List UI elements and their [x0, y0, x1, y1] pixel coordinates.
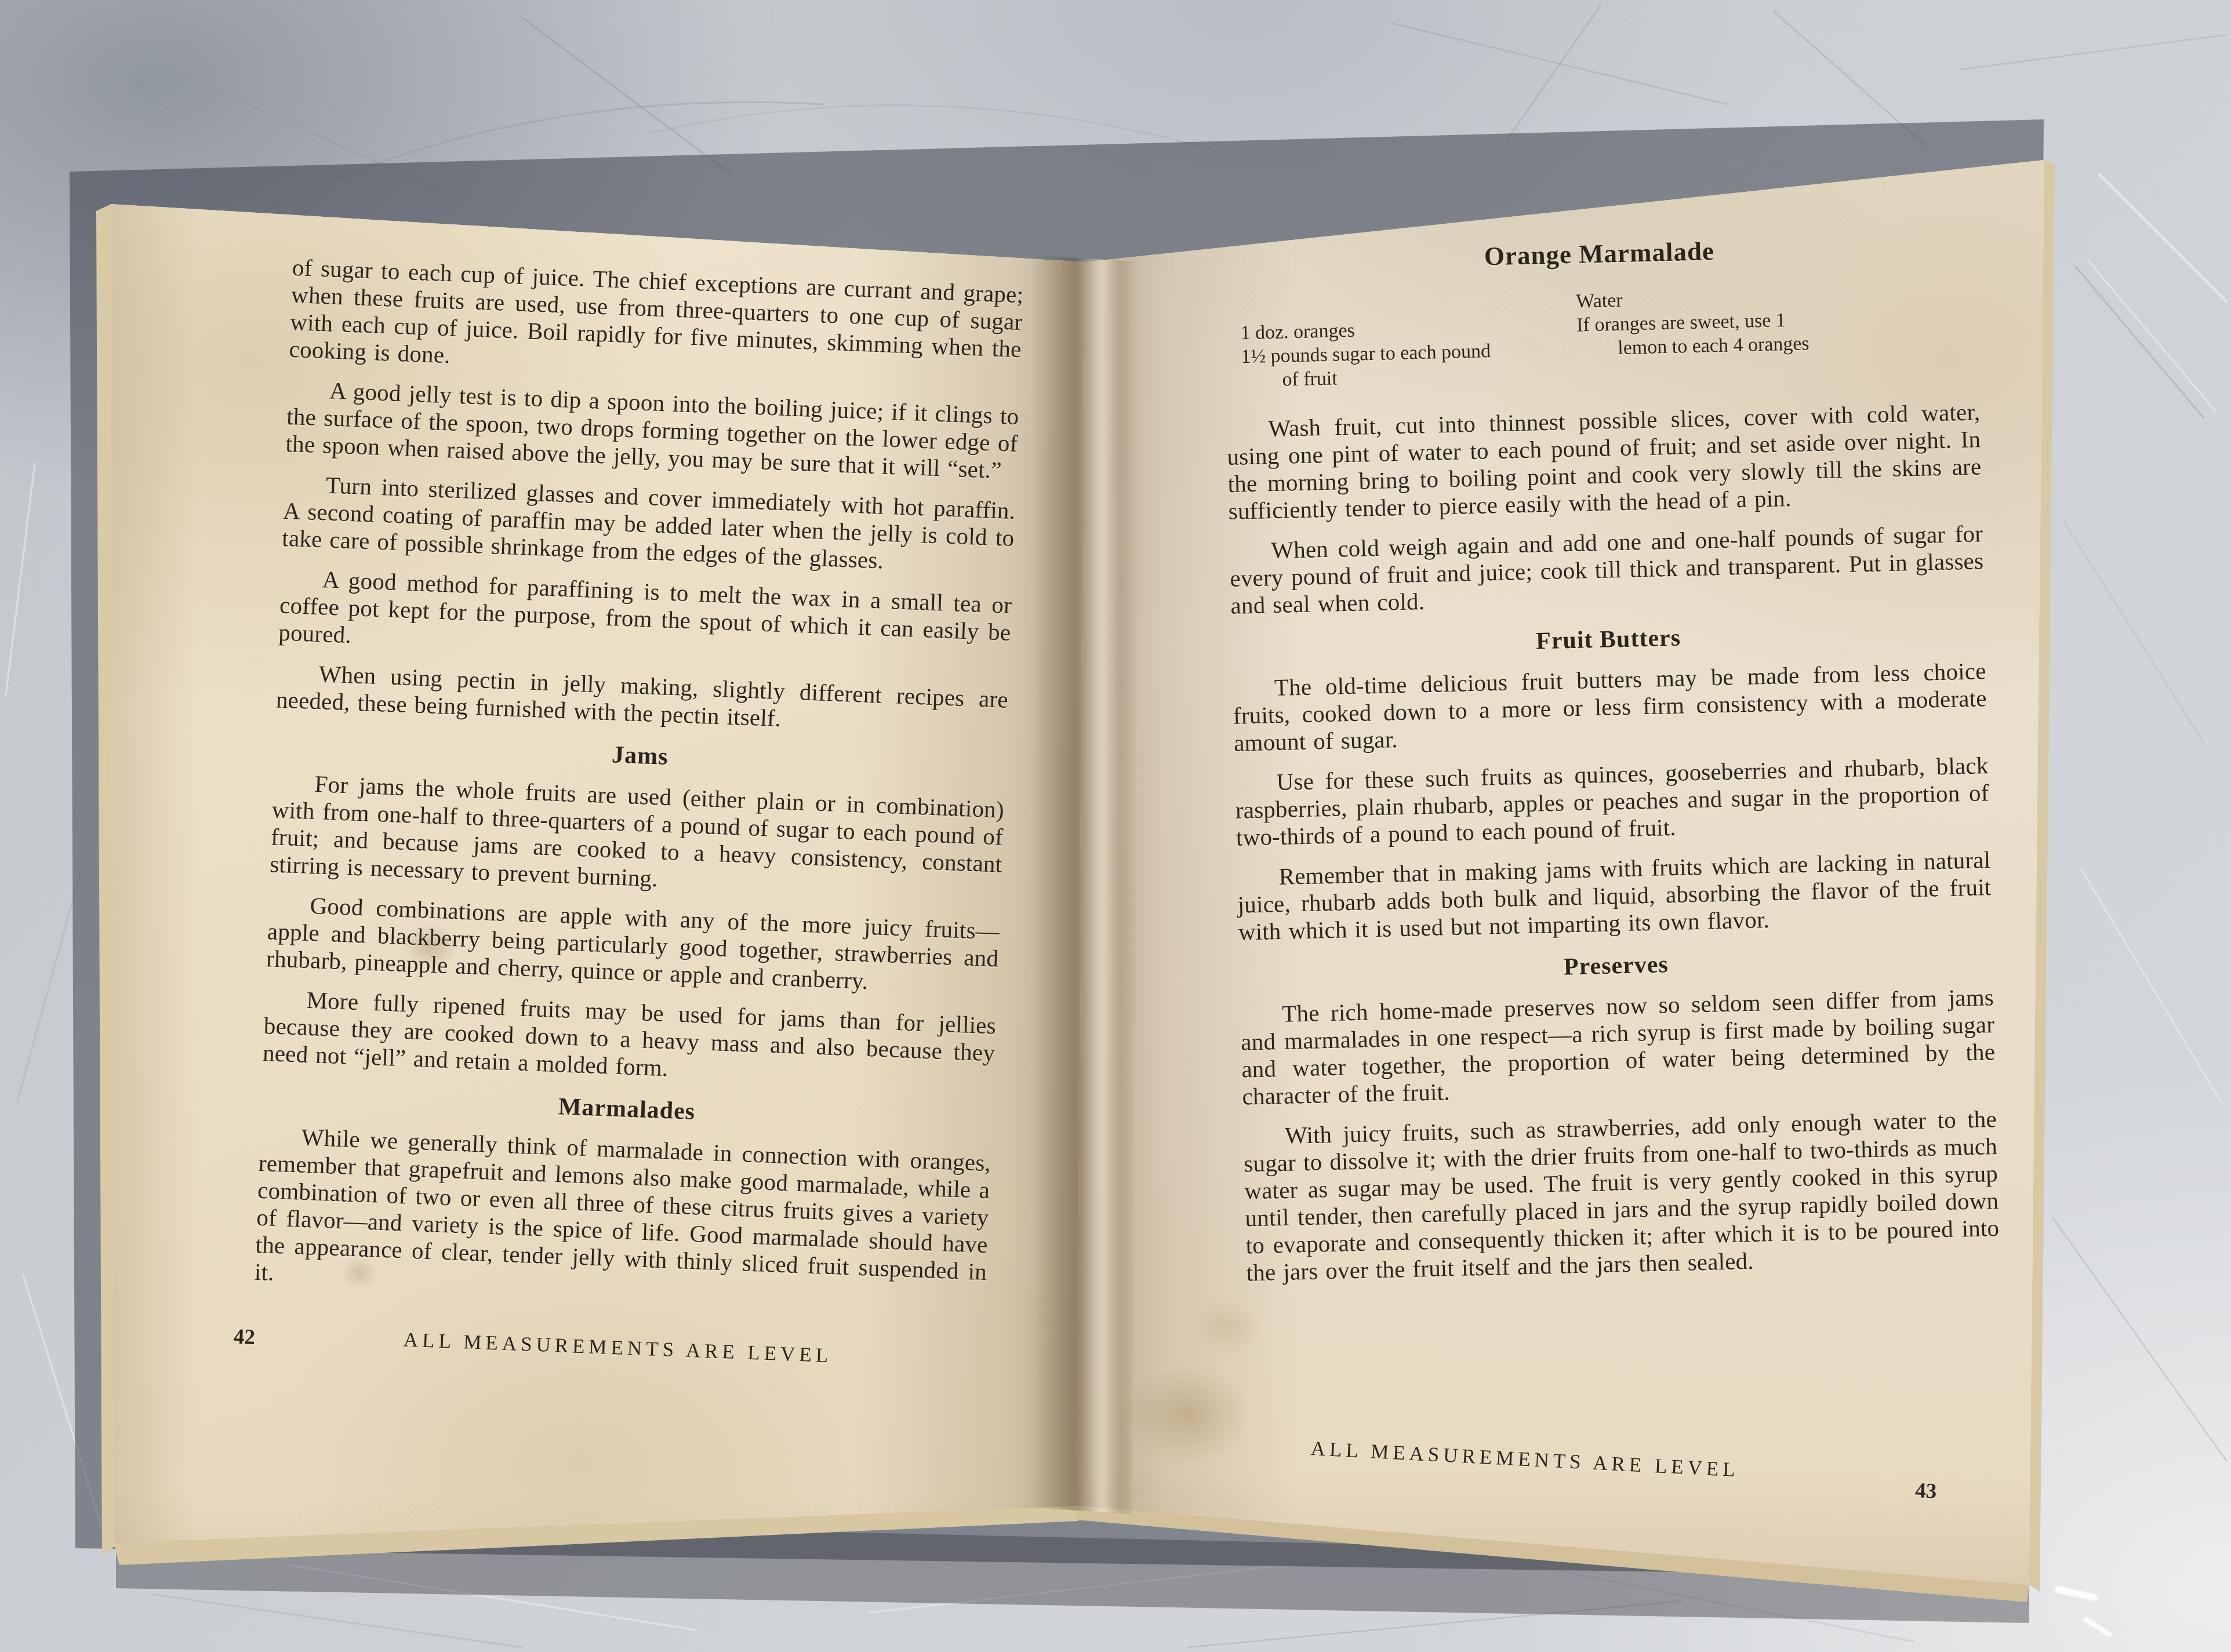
right-page-text-block: Orange Marmalade 1 doz. oranges 1½ pound… — [1222, 230, 2000, 1299]
paragraph-preserves-intro: The rich home-made preserves now so seld… — [1240, 984, 1996, 1111]
paragraph-paraffin-cover: Turn into sterilized glasses and cover i… — [282, 470, 1016, 579]
left-page-text-block: of sugar to each cup of juice. The chief… — [252, 254, 1024, 1373]
paragraph-fruit-butters-fruits: Use for these such fruits as quinces, go… — [1234, 752, 1990, 852]
paragraph-marmalades-intro: While we generally think of marmalade in… — [254, 1122, 991, 1313]
left-page-footer: 42 ALL MEASUREMENTS ARE LEVEL — [252, 1323, 984, 1373]
ingredients-column-left: 1 doz. oranges 1½ pounds sugar to each p… — [1223, 290, 1572, 393]
paragraph-preserves-method: With juicy fruits, such as strawberries,… — [1243, 1105, 2000, 1287]
ingredients-list: 1 doz. oranges 1½ pounds sugar to each p… — [1223, 280, 1979, 393]
paragraph-jams-ratio: For jams the whole fruits are used (eith… — [270, 769, 1005, 905]
right-running-footer: ALL MEASUREMENTS ARE LEVEL — [1183, 1431, 1867, 1489]
paragraph-marmalade-weigh: When cold weigh again and add one and on… — [1229, 520, 1985, 620]
paragraph-jelly-sugar-ratio: of sugar to each cup of juice. The chief… — [289, 254, 1024, 390]
paragraph-jams-ripened-fruit: More fully ripened fruits may be used fo… — [262, 985, 996, 1094]
paragraph-paraffin-method: A good method for paraffining is to melt… — [278, 565, 1012, 674]
recipe-title-orange-marmalade: Orange Marmalade — [1222, 230, 1976, 277]
ingredients-column-right: Water If oranges are sweet, use 1 lemon … — [1570, 280, 1979, 384]
heading-preserves: Preserves — [1239, 943, 1993, 989]
right-page-footer: ALL MEASUREMENTS ARE LEVEL 43 — [1183, 1431, 1867, 1489]
heading-fruit-butters: Fruit Butters — [1231, 617, 1986, 663]
photo-scene: of sugar to each cup of juice. The chief… — [0, 0, 2231, 1652]
paragraph-jelly-test: A good jelly test is to dip a spoon into… — [285, 376, 1019, 485]
paragraph-marmalade-wash-fruit: Wash fruit, cut into thinnest possible s… — [1226, 398, 1982, 525]
page-number-43: 43 — [1914, 1478, 1937, 1504]
left-running-footer: ALL MEASUREMENTS ARE LEVEL — [252, 1323, 984, 1373]
paragraph-fruit-butters-intro: The old-time delicious fruit butters may… — [1232, 657, 1987, 757]
paragraph-jams-combinations: Good combinations are apple with any of … — [266, 890, 1000, 999]
paragraph-fruit-butters-rhubarb: Remember that in making jams with fruits… — [1237, 846, 1992, 946]
page-number-42: 42 — [233, 1324, 256, 1349]
paragraph-pectin: When using pectin in jelly making, sligh… — [275, 659, 1009, 741]
